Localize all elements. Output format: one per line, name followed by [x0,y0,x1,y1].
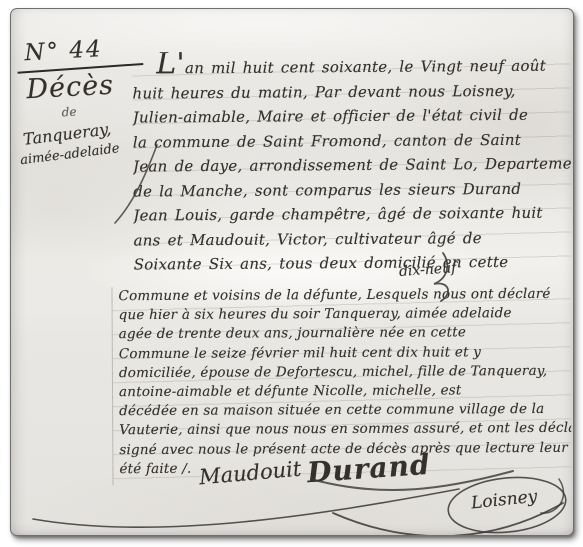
act-number: N° 44 [24,34,147,66]
text-line: Jean Louis, garde champêtre, âgé de soix… [133,200,571,228]
text-line: décédée en sa maison située en cette com… [119,400,571,422]
text-line: Commune le seize février mil huit cent d… [119,342,571,364]
scanned-death-record-page: N° 44 Décès de Tanqueray, aimée-adelaide… [0,0,583,547]
text-line: agée de trente deux ans, journalière née… [119,323,571,345]
text-line: Jean de daye, arrondissement de Saint Lo… [133,151,571,179]
text-line: Soixante Six ans, tous deux domicilié en… [134,249,572,274]
scanned-paper: N° 44 Décès de Tanqueray, aimée-adelaide… [10,8,574,536]
text-line: domiciliée, épouse de Defortescu, michel… [119,362,571,384]
text-line: L'an mil huit cent soixante, le Vingt ne… [132,49,570,81]
text-line: que hier à six heures du soir Tanqueray,… [119,304,571,326]
text-line: Julien-aimable, Maire et officier de l'é… [133,102,571,130]
text-line: la commune de Saint Fromond, canton de S… [133,127,571,155]
body-top-fragment: L'an mil huit cent soixante, le Vingt ne… [132,49,572,274]
act-title: Décès [26,68,149,105]
text-line: Commune et voisins de la défunte, Lesque… [118,285,570,307]
interline-addition: dix-neuf [399,260,457,280]
signature-loisney: Loisney [470,487,538,514]
text-line: ans et Maudouit, Victor, cultivateur âgé… [133,225,571,253]
text-line: Vauterie, ainsi que nous nous en sommes … [119,419,571,441]
text-line: huit heures du matin, Par devant nous Lo… [132,78,570,106]
text-line: de la Manche, sont comparus les sieurs D… [133,176,571,204]
text-line: antoine-aimable et défunte Nicolle, mich… [119,381,571,403]
